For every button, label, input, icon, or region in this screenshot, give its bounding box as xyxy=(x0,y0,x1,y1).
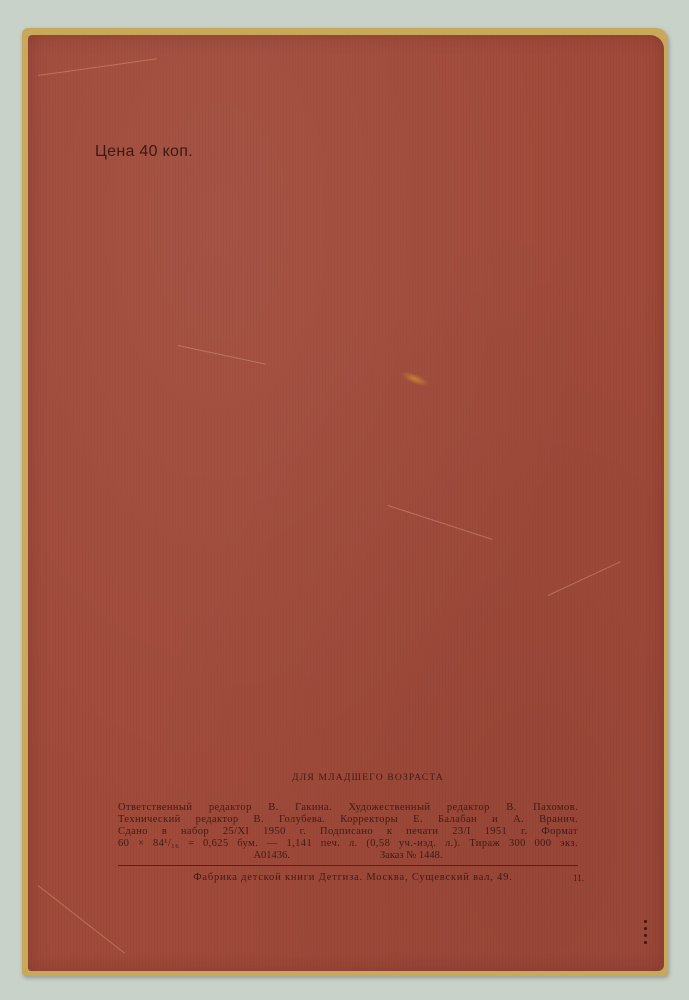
cover-scratch xyxy=(548,561,621,596)
imprint-order-row: А01436. Заказ № 1448. xyxy=(118,850,578,862)
order-code: А01436. xyxy=(253,850,289,862)
imprint-line-technical-editors: Технический редактор В. Голубева. Коррек… xyxy=(118,814,578,826)
imprint-line-editors: Ответственный редактор В. Гакина. Художе… xyxy=(118,802,578,814)
imprint-block: ДЛЯ МЛАДШЕГО ВОЗРАСТА Ответственный реда… xyxy=(118,772,578,884)
cover-scratch xyxy=(38,885,125,954)
cover-scratch xyxy=(38,58,157,76)
factory-line: Фабрика детской книги Детгиза. Москва, С… xyxy=(128,872,578,884)
age-group-label: ДЛЯ МЛАДШЕГО ВОЗРАСТА xyxy=(158,772,578,784)
cover-scratch xyxy=(388,505,493,540)
cover-scratch xyxy=(178,345,266,365)
imprint-divider xyxy=(118,865,578,866)
order-number: Заказ № 1448. xyxy=(380,850,443,862)
price-label: Цена 40 коп. xyxy=(95,143,193,161)
imprint-line-print-dates: Сдано в набор 25/XI 1950 г. Подписано к … xyxy=(118,826,578,838)
imprint-line-format: 60 × 84¹/₁₆ = 0,625 бум. — 1,141 печ. л.… xyxy=(118,838,578,850)
binding-dots xyxy=(644,920,648,948)
factory-mark: 11. xyxy=(573,872,584,884)
